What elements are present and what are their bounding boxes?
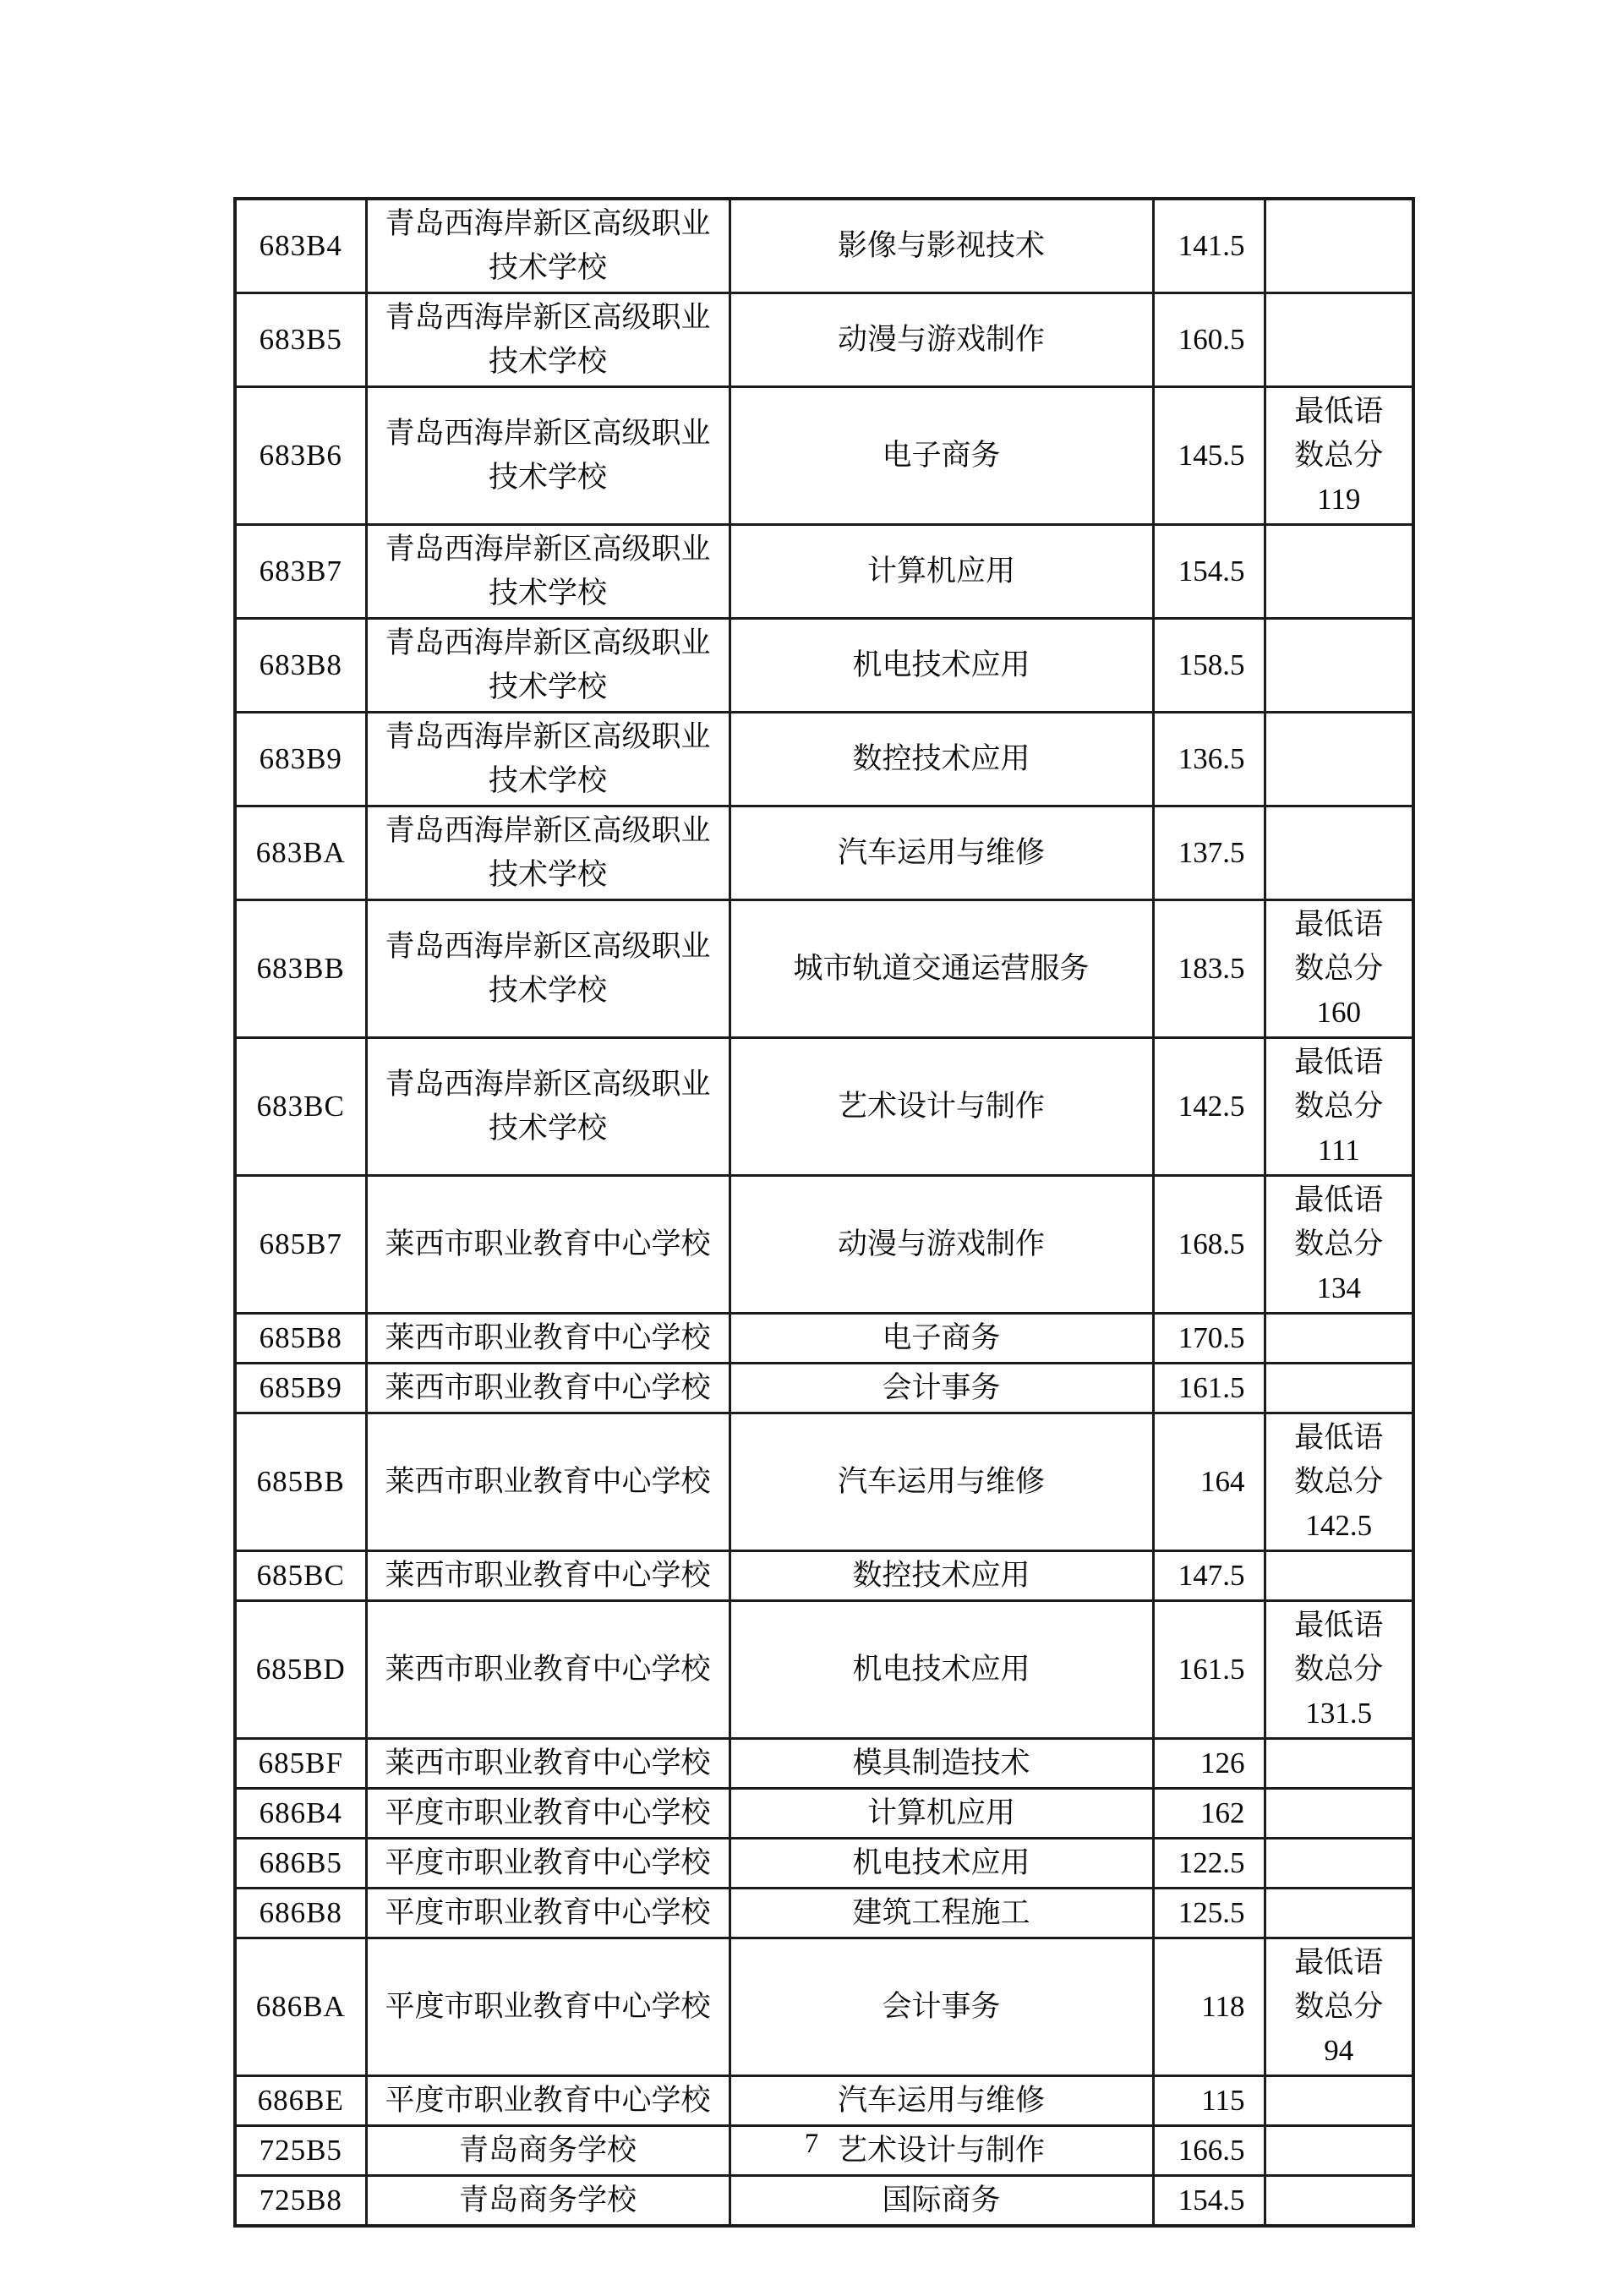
school-cell: 平度市职业教育中心学校 bbox=[366, 1889, 730, 1938]
code-cell: 683BA bbox=[235, 806, 366, 900]
score-cell: 162 bbox=[1153, 1789, 1265, 1839]
table-row: 683BB青岛西海岸新区高级职业技术学校城市轨道交通运营服务183.5最低语数总… bbox=[235, 900, 1413, 1038]
table-row: 686BA平度市职业教育中心学校会计事务118最低语数总分94 bbox=[235, 1938, 1413, 2076]
table-row: 683B7青岛西海岸新区高级职业技术学校计算机应用154.5 bbox=[235, 525, 1413, 619]
school-cell: 平度市职业教育中心学校 bbox=[366, 2076, 730, 2126]
major-cell: 电子商务 bbox=[730, 387, 1153, 525]
table-row: 686BE平度市职业教育中心学校汽车运用与维修115 bbox=[235, 2076, 1413, 2126]
table-row: 685B9莱西市职业教育中心学校会计事务161.5 bbox=[235, 1364, 1413, 1413]
note-cell bbox=[1265, 1889, 1413, 1938]
table-row: 683B5青岛西海岸新区高级职业技术学校动漫与游戏制作160.5 bbox=[235, 293, 1413, 387]
table-row: 683B4青岛西海岸新区高级职业技术学校影像与影视技术141.5 bbox=[235, 199, 1413, 293]
code-cell: 683B5 bbox=[235, 293, 366, 387]
major-cell: 机电技术应用 bbox=[730, 1601, 1153, 1739]
note-cell: 最低语数总分160 bbox=[1265, 900, 1413, 1038]
code-cell: 685B9 bbox=[235, 1364, 366, 1413]
note-value: 111 bbox=[1275, 1129, 1404, 1173]
note-label: 最低语数总分 bbox=[1292, 1416, 1386, 1504]
major-cell: 艺术设计与制作 bbox=[730, 1038, 1153, 1176]
score-cell: 147.5 bbox=[1153, 1551, 1265, 1601]
school-cell: 青岛西海岸新区高级职业技术学校 bbox=[366, 619, 730, 713]
school-cell: 青岛西海岸新区高级职业技术学校 bbox=[366, 806, 730, 900]
table-body: 683B4青岛西海岸新区高级职业技术学校影像与影视技术141.5683B5青岛西… bbox=[235, 199, 1413, 2226]
major-cell: 动漫与游戏制作 bbox=[730, 1176, 1153, 1314]
school-cell: 莱西市职业教育中心学校 bbox=[366, 1176, 730, 1314]
code-cell: 683B9 bbox=[235, 713, 366, 806]
note-cell bbox=[1265, 1739, 1413, 1789]
code-cell: 683BC bbox=[235, 1038, 366, 1176]
note-label: 最低语数总分 bbox=[1292, 390, 1386, 478]
major-cell: 国际商务 bbox=[730, 2176, 1153, 2227]
note-value: 131.5 bbox=[1275, 1692, 1404, 1736]
major-cell: 计算机应用 bbox=[730, 1789, 1153, 1839]
school-cell: 青岛商务学校 bbox=[366, 2176, 730, 2227]
note-cell bbox=[1265, 713, 1413, 806]
score-cell: 158.5 bbox=[1153, 619, 1265, 713]
note-value: 160 bbox=[1275, 991, 1404, 1035]
school-cell: 平度市职业教育中心学校 bbox=[366, 1938, 730, 2076]
table-row: 683B6青岛西海岸新区高级职业技术学校电子商务145.5最低语数总分119 bbox=[235, 387, 1413, 525]
note-cell bbox=[1265, 806, 1413, 900]
school-cell: 莱西市职业教育中心学校 bbox=[366, 1314, 730, 1364]
score-cell: 125.5 bbox=[1153, 1889, 1265, 1938]
table-row: 683BA青岛西海岸新区高级职业技术学校汽车运用与维修137.5 bbox=[235, 806, 1413, 900]
score-cell: 168.5 bbox=[1153, 1176, 1265, 1314]
major-cell: 汽车运用与维修 bbox=[730, 806, 1153, 900]
table-row: 685BC莱西市职业教育中心学校数控技术应用147.5 bbox=[235, 1551, 1413, 1601]
score-cell: 145.5 bbox=[1153, 387, 1265, 525]
code-cell: 685B8 bbox=[235, 1314, 366, 1364]
note-label: 最低语数总分 bbox=[1292, 1178, 1386, 1266]
score-cell: 115 bbox=[1153, 2076, 1265, 2126]
note-value: 142.5 bbox=[1275, 1504, 1404, 1548]
code-cell: 683B8 bbox=[235, 619, 366, 713]
note-value: 134 bbox=[1275, 1266, 1404, 1310]
note-cell: 最低语数总分111 bbox=[1265, 1038, 1413, 1176]
major-cell: 动漫与游戏制作 bbox=[730, 293, 1153, 387]
admission-scores-table: 683B4青岛西海岸新区高级职业技术学校影像与影视技术141.5683B5青岛西… bbox=[233, 197, 1415, 2228]
code-cell: 685BB bbox=[235, 1413, 366, 1551]
note-cell bbox=[1265, 525, 1413, 619]
score-cell: 141.5 bbox=[1153, 199, 1265, 293]
code-cell: 683B4 bbox=[235, 199, 366, 293]
note-label: 最低语数总分 bbox=[1292, 1941, 1386, 2029]
major-cell: 模具制造技术 bbox=[730, 1739, 1153, 1789]
score-cell: 154.5 bbox=[1153, 525, 1265, 619]
code-cell: 685B7 bbox=[235, 1176, 366, 1314]
note-cell bbox=[1265, 199, 1413, 293]
major-cell: 城市轨道交通运营服务 bbox=[730, 900, 1153, 1038]
major-cell: 汽车运用与维修 bbox=[730, 1413, 1153, 1551]
note-label: 最低语数总分 bbox=[1292, 903, 1386, 991]
score-cell: 126 bbox=[1153, 1739, 1265, 1789]
table-row: 686B8平度市职业教育中心学校建筑工程施工125.5 bbox=[235, 1889, 1413, 1938]
page-number: 7 bbox=[0, 2124, 1623, 2164]
code-cell: 686B5 bbox=[235, 1839, 366, 1889]
major-cell: 机电技术应用 bbox=[730, 1839, 1153, 1889]
table-row: 685BB莱西市职业教育中心学校汽车运用与维修164最低语数总分142.5 bbox=[235, 1413, 1413, 1551]
table-row: 683B9青岛西海岸新区高级职业技术学校数控技术应用136.5 bbox=[235, 713, 1413, 806]
school-cell: 莱西市职业教育中心学校 bbox=[366, 1551, 730, 1601]
major-cell: 建筑工程施工 bbox=[730, 1889, 1153, 1938]
major-cell: 影像与影视技术 bbox=[730, 199, 1153, 293]
note-label: 最低语数总分 bbox=[1292, 1041, 1386, 1129]
table-row: 685B7莱西市职业教育中心学校动漫与游戏制作168.5最低语数总分134 bbox=[235, 1176, 1413, 1314]
major-cell: 会计事务 bbox=[730, 1938, 1153, 2076]
school-cell: 平度市职业教育中心学校 bbox=[366, 1789, 730, 1839]
code-cell: 683B7 bbox=[235, 525, 366, 619]
major-cell: 电子商务 bbox=[730, 1314, 1153, 1364]
note-cell bbox=[1265, 1551, 1413, 1601]
code-cell: 686BE bbox=[235, 2076, 366, 2126]
school-cell: 青岛西海岸新区高级职业技术学校 bbox=[366, 199, 730, 293]
note-label: 最低语数总分 bbox=[1292, 1604, 1386, 1692]
major-cell: 机电技术应用 bbox=[730, 619, 1153, 713]
note-cell bbox=[1265, 293, 1413, 387]
major-cell: 数控技术应用 bbox=[730, 1551, 1153, 1601]
code-cell: 686BA bbox=[235, 1938, 366, 2076]
note-cell bbox=[1265, 1839, 1413, 1889]
school-cell: 莱西市职业教育中心学校 bbox=[366, 1364, 730, 1413]
note-cell: 最低语数总分131.5 bbox=[1265, 1601, 1413, 1739]
document-page: 683B4青岛西海岸新区高级职业技术学校影像与影视技术141.5683B5青岛西… bbox=[0, 0, 1623, 2296]
note-cell bbox=[1265, 2076, 1413, 2126]
table-row: 686B4平度市职业教育中心学校计算机应用162 bbox=[235, 1789, 1413, 1839]
score-cell: 170.5 bbox=[1153, 1314, 1265, 1364]
note-cell bbox=[1265, 1789, 1413, 1839]
table-row: 685BF莱西市职业教育中心学校模具制造技术126 bbox=[235, 1739, 1413, 1789]
school-cell: 青岛西海岸新区高级职业技术学校 bbox=[366, 293, 730, 387]
note-cell: 最低语数总分119 bbox=[1265, 387, 1413, 525]
note-cell: 最低语数总分134 bbox=[1265, 1176, 1413, 1314]
note-cell: 最低语数总分94 bbox=[1265, 1938, 1413, 2076]
note-value: 94 bbox=[1275, 2029, 1404, 2073]
note-cell: 最低语数总分142.5 bbox=[1265, 1413, 1413, 1551]
score-cell: 183.5 bbox=[1153, 900, 1265, 1038]
code-cell: 683B6 bbox=[235, 387, 366, 525]
school-cell: 青岛西海岸新区高级职业技术学校 bbox=[366, 1038, 730, 1176]
note-cell bbox=[1265, 1364, 1413, 1413]
code-cell: 686B8 bbox=[235, 1889, 366, 1938]
code-cell: 685BF bbox=[235, 1739, 366, 1789]
note-value: 119 bbox=[1275, 478, 1404, 522]
school-cell: 青岛西海岸新区高级职业技术学校 bbox=[366, 525, 730, 619]
note-cell bbox=[1265, 619, 1413, 713]
score-cell: 161.5 bbox=[1153, 1364, 1265, 1413]
score-cell: 154.5 bbox=[1153, 2176, 1265, 2227]
score-cell: 136.5 bbox=[1153, 713, 1265, 806]
code-cell: 685BD bbox=[235, 1601, 366, 1739]
school-cell: 青岛西海岸新区高级职业技术学校 bbox=[366, 387, 730, 525]
note-cell bbox=[1265, 1314, 1413, 1364]
table-row: 685B8莱西市职业教育中心学校电子商务170.5 bbox=[235, 1314, 1413, 1364]
score-cell: 164 bbox=[1153, 1413, 1265, 1551]
code-cell: 725B8 bbox=[235, 2176, 366, 2227]
school-cell: 青岛西海岸新区高级职业技术学校 bbox=[366, 713, 730, 806]
school-cell: 青岛西海岸新区高级职业技术学校 bbox=[366, 900, 730, 1038]
school-cell: 莱西市职业教育中心学校 bbox=[366, 1413, 730, 1551]
table-row: 685BD莱西市职业教育中心学校机电技术应用161.5最低语数总分131.5 bbox=[235, 1601, 1413, 1739]
score-cell: 118 bbox=[1153, 1938, 1265, 2076]
table-row: 683BC青岛西海岸新区高级职业技术学校艺术设计与制作142.5最低语数总分11… bbox=[235, 1038, 1413, 1176]
table-row: 725B8青岛商务学校国际商务154.5 bbox=[235, 2176, 1413, 2227]
score-cell: 122.5 bbox=[1153, 1839, 1265, 1889]
major-cell: 计算机应用 bbox=[730, 525, 1153, 619]
note-cell bbox=[1265, 2176, 1413, 2227]
code-cell: 685BC bbox=[235, 1551, 366, 1601]
school-cell: 莱西市职业教育中心学校 bbox=[366, 1739, 730, 1789]
score-cell: 142.5 bbox=[1153, 1038, 1265, 1176]
table-row: 686B5平度市职业教育中心学校机电技术应用122.5 bbox=[235, 1839, 1413, 1889]
code-cell: 686B4 bbox=[235, 1789, 366, 1839]
score-cell: 160.5 bbox=[1153, 293, 1265, 387]
major-cell: 会计事务 bbox=[730, 1364, 1153, 1413]
table-row: 683B8青岛西海岸新区高级职业技术学校机电技术应用158.5 bbox=[235, 619, 1413, 713]
major-cell: 汽车运用与维修 bbox=[730, 2076, 1153, 2126]
score-cell: 161.5 bbox=[1153, 1601, 1265, 1739]
code-cell: 683BB bbox=[235, 900, 366, 1038]
school-cell: 莱西市职业教育中心学校 bbox=[366, 1601, 730, 1739]
major-cell: 数控技术应用 bbox=[730, 713, 1153, 806]
school-cell: 平度市职业教育中心学校 bbox=[366, 1839, 730, 1889]
score-cell: 137.5 bbox=[1153, 806, 1265, 900]
